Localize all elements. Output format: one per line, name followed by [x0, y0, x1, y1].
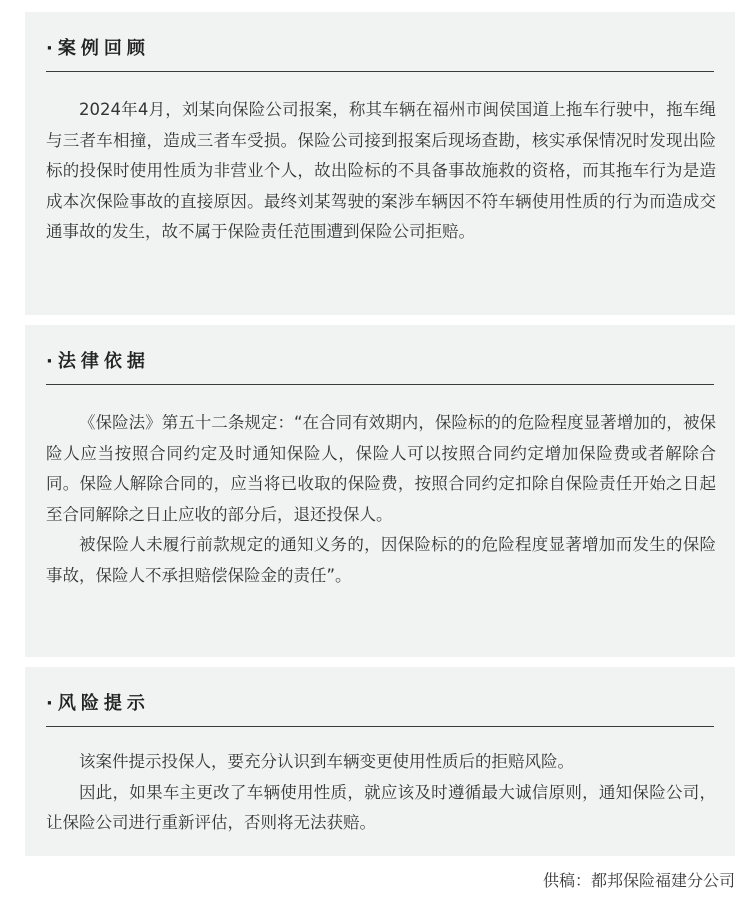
paragraph: 《保险法》第五十二条规定：“在合同有效期内，保险标的的危险程度显著增加的，被保险… — [46, 408, 716, 530]
paragraph: 该案件提示投保人，要充分认识到车辆变更使用性质后的拒赔风险。 — [46, 747, 716, 778]
section-body: 《保险法》第五十二条规定：“在合同有效期内，保险标的的危险程度显著增加的，被保险… — [46, 408, 716, 591]
paragraph: 被保险人未履行前款规定的通知义务的，因保险标的的危险程度显著增加而发生的保险事故… — [46, 530, 716, 591]
section-title: ·法律依据 — [46, 351, 150, 373]
case-review-section: ·案例回顾 2024年4月，刘某向保险公司报案，称其车辆在福州市闽侯国道上拖车行… — [25, 12, 735, 315]
section-divider — [46, 71, 714, 72]
section-divider — [46, 384, 714, 385]
source-credit: 供稿：都邦保险福建分公司 — [543, 870, 735, 892]
section-title: ·风险提示 — [46, 693, 150, 715]
paragraph: 因此，如果车主更改了车辆使用性质，就应该及时遵循最大诚信原则，通知保险公司，让保… — [46, 778, 716, 839]
section-body: 2024年4月，刘某向保险公司报案，称其车辆在福州市闽侯国道上拖车行驶中，拖车绳… — [46, 95, 716, 248]
section-divider — [46, 726, 714, 727]
section-body: 该案件提示投保人，要充分认识到车辆变更使用性质后的拒赔风险。 因此，如果车主更改… — [46, 747, 716, 839]
section-title: ·案例回顾 — [46, 38, 150, 60]
legal-basis-section: ·法律依据 《保险法》第五十二条规定：“在合同有效期内，保险标的的危险程度显著增… — [25, 325, 735, 657]
paragraph: 2024年4月，刘某向保险公司报案，称其车辆在福州市闽侯国道上拖车行驶中，拖车绳… — [46, 95, 716, 248]
risk-warning-section: ·风险提示 该案件提示投保人，要充分认识到车辆变更使用性质后的拒赔风险。 因此，… — [25, 667, 735, 856]
